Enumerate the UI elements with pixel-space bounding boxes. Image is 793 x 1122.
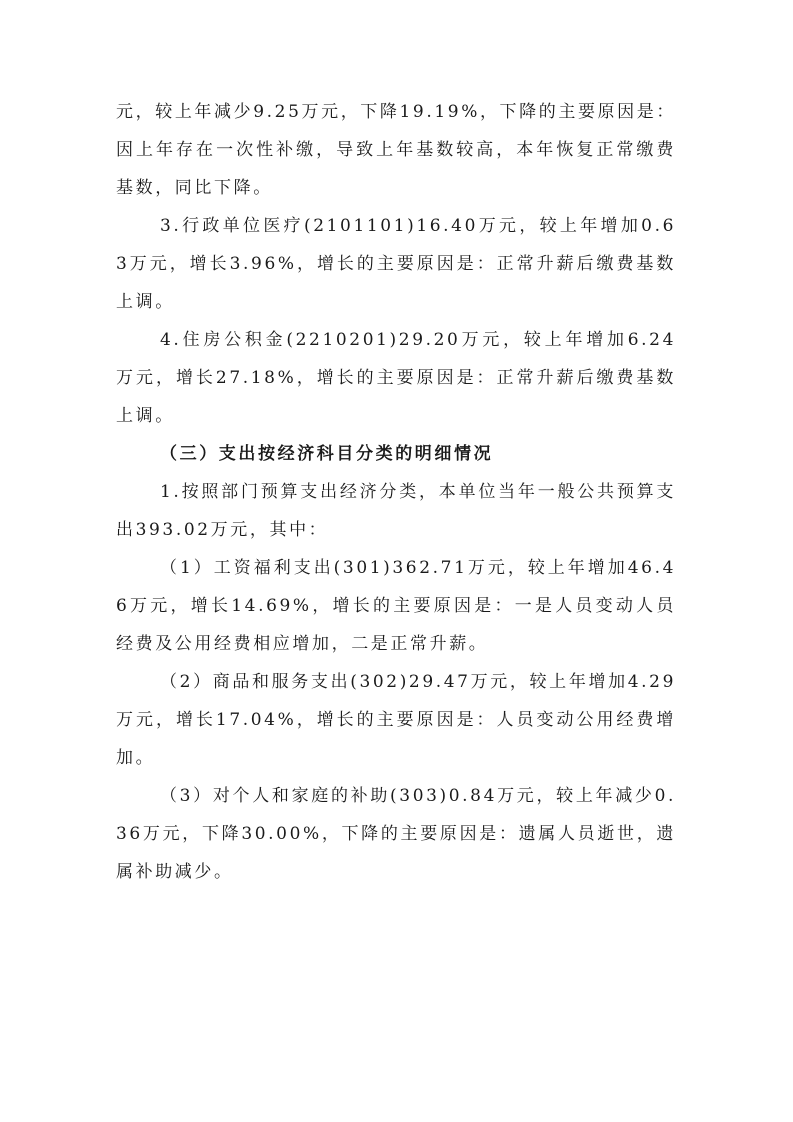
paragraph-item-housing-fund: 4.住房公积金(2210201)29.20万元，较上年增加6.24万元，增长27… [116,321,676,435]
paragraph-item-goods-services: （2）商品和服务支出(302)29.47万元，较上年增加4.29万元，增长17.… [116,663,676,777]
paragraph-continuation-pension: 元，较上年减少9.25万元，下降19.19%，下降的主要原因是：因上年存在一次性… [116,93,676,207]
paragraph-item-total-expenditure: 1.按照部门预算支出经济分类，本单位当年一般公共预算支出393.02万元，其中： [116,473,676,549]
paragraph-item-household-subsidy: （3）对个人和家庭的补助(303)0.84万元，较上年减少0.36万元，下降30… [116,777,676,891]
section-heading-economic-classification: （三）支出按经济科目分类的明细情况 [116,435,676,473]
paragraph-item-medical-insurance: 3.行政单位医疗(2101101)16.40万元，较上年增加0.63万元，增长3… [116,207,676,321]
document-page: 元，较上年减少9.25万元，下降19.19%，下降的主要原因是：因上年存在一次性… [116,93,676,891]
paragraph-item-wages-welfare: （1）工资福利支出(301)362.71万元，较上年增加46.46万元，增长14… [116,549,676,663]
